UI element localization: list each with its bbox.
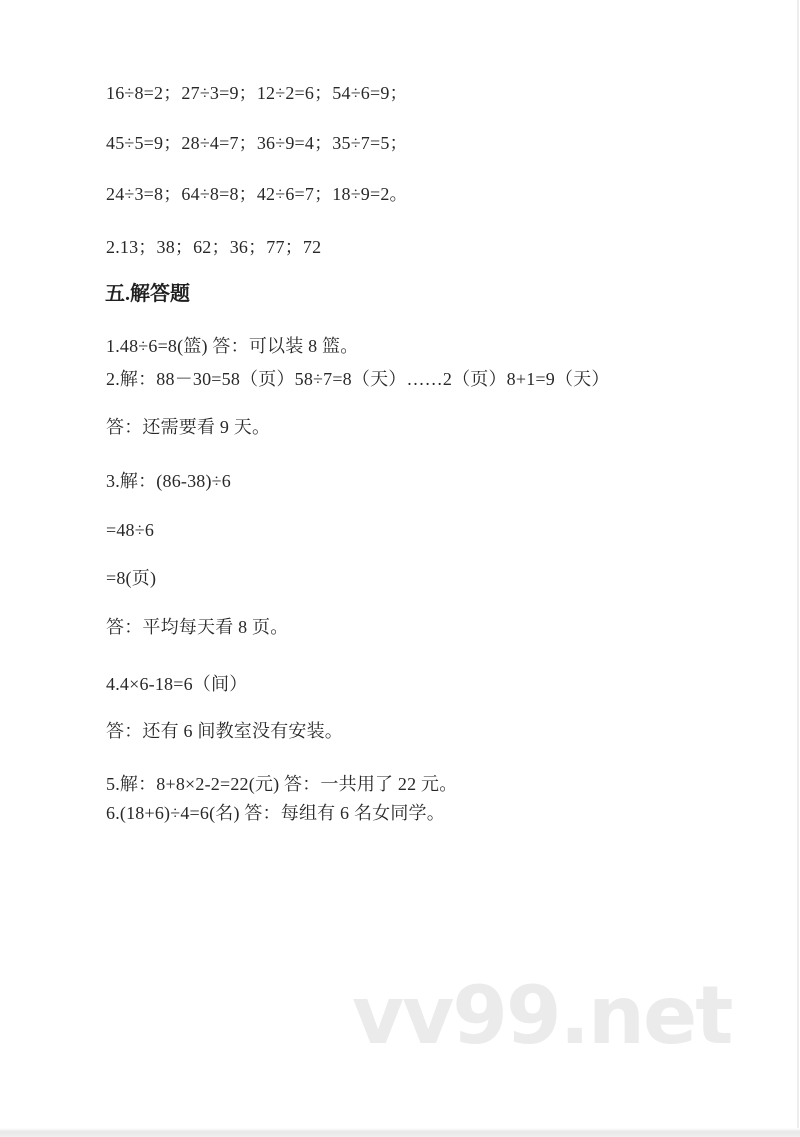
solution-5: 5.解：8+8×2-2=22(元) 答：一共用了 22 元。 [106, 772, 457, 796]
worksheet-answer-page: 16÷8=2；27÷3=9；12÷2=6；54÷6=9； 45÷5=9；28÷4… [0, 0, 800, 1137]
solution-3: 3.解：(86-38)÷6 [106, 469, 231, 493]
section-5-heading: 五.解答题 [105, 282, 190, 306]
site-watermark: vv99.net [352, 972, 731, 1060]
answers-item-2: 2.13；38；62；36；77；72 [106, 235, 321, 259]
solution-3-step2: =48÷6 [106, 518, 154, 542]
solution-4-answer: 答：还有 6 间教室没有安装。 [106, 719, 343, 743]
solution-6: 6.(18+6)÷4=6(名) 答：每组有 6 名女同学。 [106, 801, 445, 825]
solution-2: 2.解：88－30=58（页）58÷7=8（天）……2（页）8+1=9（天） [106, 367, 610, 391]
solution-2-answer: 答：还需要看 9 天。 [106, 415, 270, 439]
division-answers-row-3: 24÷3=8；64÷8=8；42÷6=7；18÷9=2。 [106, 182, 408, 206]
page-bottom-edge-shadow [0, 1128, 800, 1137]
solution-3-step3: =8(页) [106, 566, 156, 590]
solution-3-answer: 答：平均每天看 8 页。 [106, 615, 288, 639]
page-right-edge-shadow [797, 0, 799, 1137]
division-answers-row-2: 45÷5=9；28÷4=7；36÷9=4；35÷7=5； [106, 131, 408, 155]
division-answers-row-1: 16÷8=2；27÷3=9；12÷2=6；54÷6=9； [106, 81, 408, 105]
solution-1: 1.48÷6=8(篮) 答：可以装 8 篮。 [106, 334, 358, 358]
solution-4: 4.4×6-18=6（间） [106, 672, 247, 696]
